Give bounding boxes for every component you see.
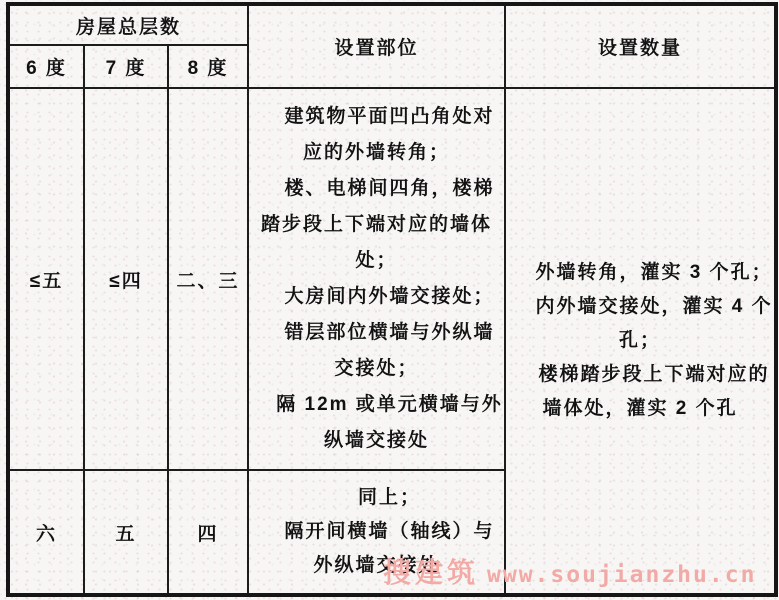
quantity-item: 楼梯踏步段上下端对应的墙体处，灌实 2 个孔 xyxy=(506,358,774,426)
row2-7-degree-storeys: 五 xyxy=(84,470,168,595)
location-item: 建筑物平面凹凸角处对应的外墙转角； xyxy=(249,99,504,171)
location-item: 楼、电梯间四角，楼梯踏步段上下端对应的墙体处； xyxy=(249,171,504,279)
location-item: 错层部位横墙与外纵墙交接处； xyxy=(249,315,504,387)
setting-quantity-cell: 外墙转角，灌实 3 个孔； 内外墙交接处，灌实 4 个孔； 楼梯踏步段上下端对应… xyxy=(505,88,776,595)
header-8-degree: 8 度 xyxy=(168,45,248,88)
row2-6-degree-storeys: 六 xyxy=(8,470,84,595)
row2-8-degree-storeys: 四 xyxy=(168,470,248,595)
row1-setting-location-cell: 建筑物平面凹凸角处对应的外墙转角； 楼、电梯间四角，楼梯踏步段上下端对应的墙体处… xyxy=(248,88,505,470)
location-item: 隔开间横墙（轴线）与外纵墙交接处 xyxy=(249,515,504,583)
scanned-document-page: 房屋总层数 设置部位 设置数量 6 度 7 度 8 度 ≤五 ≤四 二、三 建筑… xyxy=(0,0,779,600)
header-setting-quantity: 设置数量 xyxy=(505,4,776,88)
location-item: 同上； xyxy=(249,481,504,515)
quantity-item: 外墙转角，灌实 3 个孔； xyxy=(506,256,774,290)
quantity-item: 内外墙交接处，灌实 4 个孔； xyxy=(506,290,774,358)
header-7-degree: 7 度 xyxy=(84,45,168,88)
row1-7-degree-storeys: ≤四 xyxy=(84,88,168,470)
header-total-storeys: 房屋总层数 xyxy=(8,4,248,45)
core-grouting-requirements-table: 房屋总层数 设置部位 设置数量 6 度 7 度 8 度 ≤五 ≤四 二、三 建筑… xyxy=(6,2,778,597)
location-item: 大房间内外墙交接处； xyxy=(249,279,504,315)
row2-setting-location-cell: 同上； 隔开间横墙（轴线）与外纵墙交接处 xyxy=(248,470,505,595)
header-6-degree: 6 度 xyxy=(8,45,84,88)
header-setting-location: 设置部位 xyxy=(248,4,505,88)
location-item: 隔 12m 或单元横墙与外纵墙交接处 xyxy=(249,387,504,459)
row1-8-degree-storeys: 二、三 xyxy=(168,88,248,470)
row1-6-degree-storeys: ≤五 xyxy=(8,88,84,470)
